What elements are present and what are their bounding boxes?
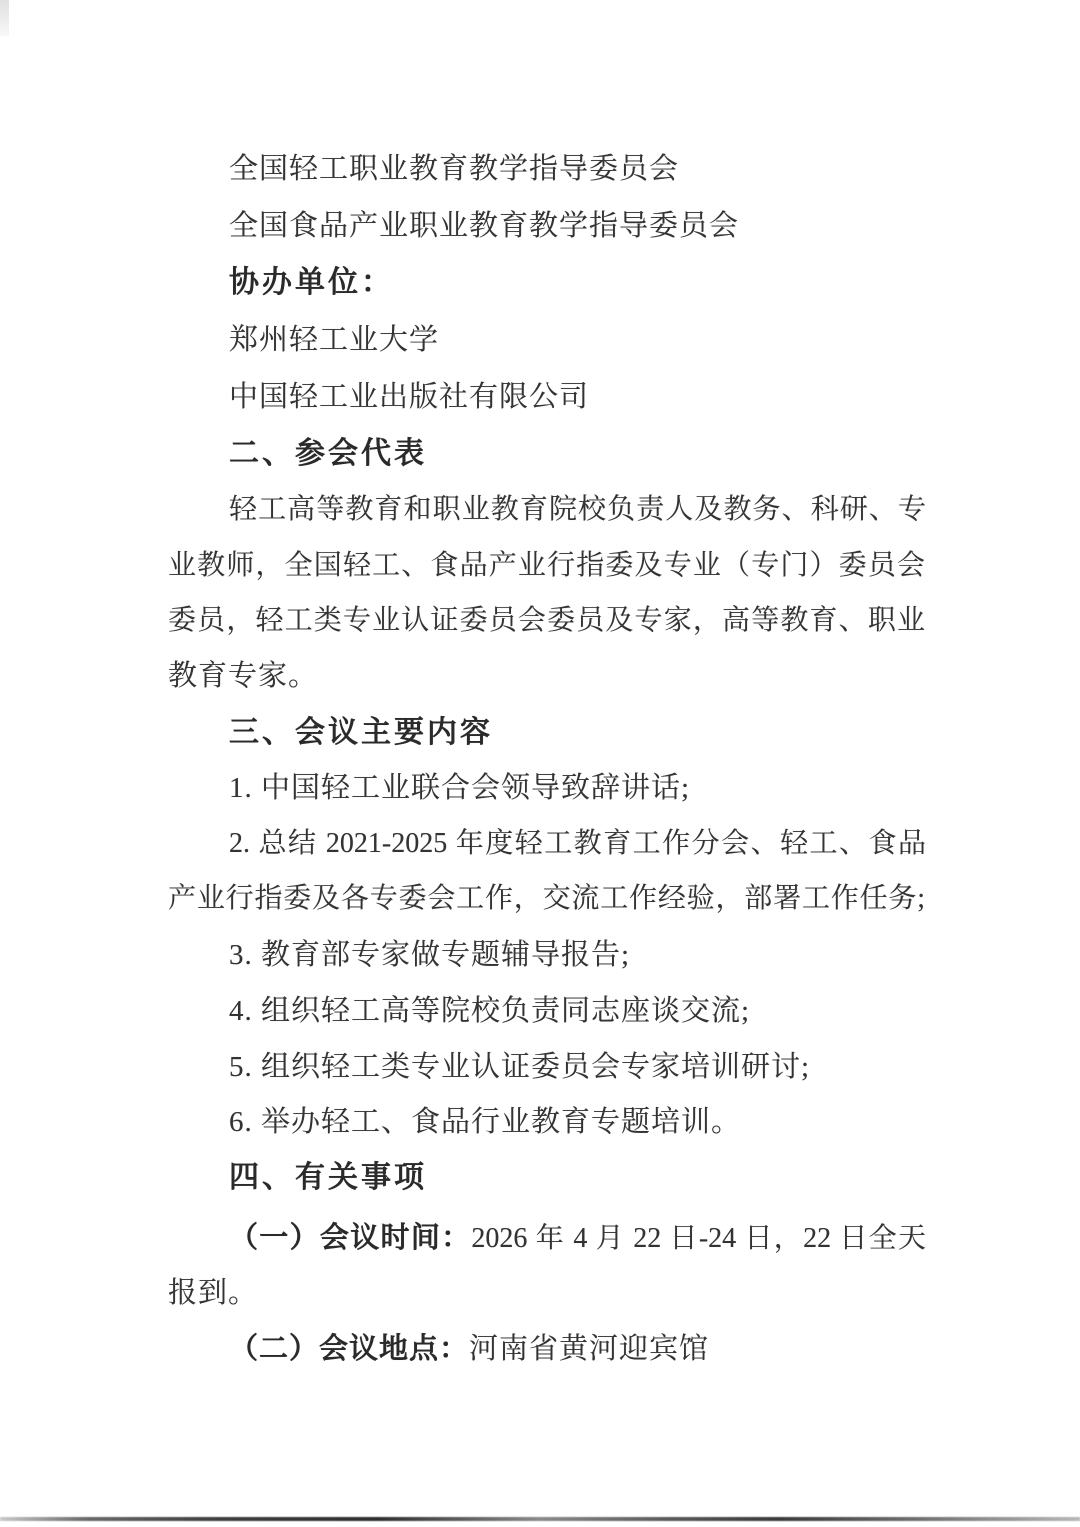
agenda-item-2-line-1: 2. 总结 2021-2025 年度轻工教育工作分会、轻工、食品 <box>229 824 926 864</box>
meeting-time-value: 2026 年 4 月 22 日-24 日，22 日全天 <box>471 1223 926 1254</box>
agenda-item-1: 1. 中国轻工业联合会领导致辞讲话; <box>229 768 690 808</box>
meeting-location-value: 河南省黄河迎宾馆 <box>469 1333 709 1365</box>
co-organizer-item-2: 中国轻工业出版社有限公司 <box>229 377 589 417</box>
organizer-committee-food-industry: 全国食品产业职业教育教学指导委员会 <box>229 206 739 246</box>
agenda-item-4: 4. 组织轻工高等院校负责同志座谈交流; <box>229 991 750 1031</box>
agenda-item-6: 6. 举办轻工、食品行业教育专题培训。 <box>229 1102 741 1142</box>
organizer-committee-light-industry: 全国轻工职业教育教学指导委员会 <box>229 149 679 189</box>
participants-text-line-4: 教育专家。 <box>168 656 318 696</box>
section-contents-heading: 三、会议主要内容 <box>229 713 493 753</box>
agenda-item-5: 5. 组织轻工类专业认证委员会专家培训研讨; <box>229 1047 810 1087</box>
meeting-location-line: （二）会议地点：河南省黄河迎宾馆 <box>229 1329 709 1369</box>
scan-corner-shade <box>0 0 9 36</box>
participants-text-line-1: 轻工高等教育和职业教育院校负责人及教务、科研、专 <box>229 490 926 530</box>
meeting-location-label: （二）会议地点： <box>229 1333 469 1365</box>
document-page: 全国轻工职业教育教学指导委员会 全国食品产业职业教育教学指导委员会 协办单位： … <box>0 0 1080 1527</box>
participants-text-line-3: 委员，轻工类专业认证委员会委员及专家，高等教育、职业 <box>168 601 925 641</box>
agenda-item-2-line-2: 产业行指委及各专委会工作，交流工作经验，部署工作任务; <box>168 879 925 919</box>
section-matters-heading: 四、有关事项 <box>229 1158 427 1198</box>
section-participants-heading: 二、参会代表 <box>229 434 427 474</box>
meeting-time-line: （一）会议时间：2026 年 4 月 22 日-24 日，22 日全天 <box>229 1218 926 1259</box>
co-organizer-heading: 协办单位： <box>229 263 394 303</box>
meeting-time-continuation: 报到。 <box>168 1273 258 1313</box>
agenda-item-3: 3. 教育部专家做专题辅导报告; <box>229 935 630 975</box>
participants-text-line-2: 业教师，全国轻工、食品产业行指委及专业（专门）委员会 <box>168 546 925 586</box>
co-organizer-item-1: 郑州轻工业大学 <box>229 320 439 360</box>
meeting-time-label: （一）会议时间： <box>229 1222 471 1254</box>
scan-page-edge <box>0 1517 1080 1521</box>
